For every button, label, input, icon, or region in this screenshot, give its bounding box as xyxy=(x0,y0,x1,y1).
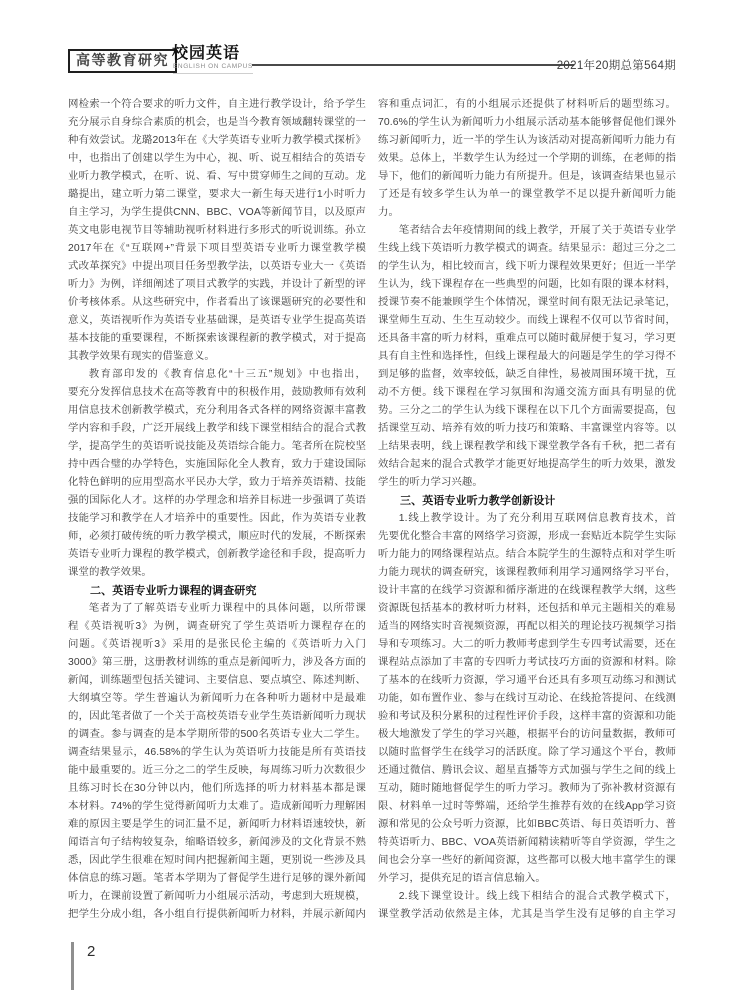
section-badge: 高等教育研究 xyxy=(68,49,177,73)
text-line: 式改革探究》中提出项目任务型教学法，以英语专业大一《英语 xyxy=(68,258,366,276)
text-line: 用信息技术创新教学模式，充分利用各式各样的网络资源丰富教 xyxy=(68,402,366,420)
section-heading: 三、英语专业听力教学创新设计 xyxy=(378,492,676,510)
text-line: 价考核体系。从这些研究中，作者看出了该课题研究的必要性和 xyxy=(68,294,366,312)
text-line: 的调查。参与调查的是本学期所带的500名英语专业大二学生。 xyxy=(68,726,366,744)
text-line: 持中西合璧的办学特色，实施国际化全人教育，致力于建设国际 xyxy=(68,456,366,474)
text-line: 把学生分成小组，各小组自行提供新闻听力材料，并展示新闻内 xyxy=(68,906,366,924)
text-line: 新闻，训练题型包括关键词、主要信息、要点填空、陈述判断、 xyxy=(68,672,366,690)
text-line: 学，提高学生的英语听说技能及英语综合能力。笔者所在院校坚 xyxy=(68,438,366,456)
text-line: 特英语听力、BBC、VOA英语新闻精读精听等自学资源，学生之 xyxy=(378,834,676,852)
text-line: 英文电影电视节目等辅助视听材料进行多形式的听说训练。孙立 xyxy=(68,222,366,240)
text-line: 本材料。74%的学生觉得新闻听力太难了。造成新闻听力理解困 xyxy=(68,798,366,816)
text-line: 璐提出，建立听力第二课堂，要求大一新生每天进行1小时听力 xyxy=(68,186,366,204)
text-line: 笔者结合去年疫情期间的线上教学，开展了关于英语专业学 xyxy=(378,222,676,240)
text-line: 括课堂互动、培养有效的听力技巧和策略、丰富课堂内容等。以 xyxy=(378,420,676,438)
text-line: 具有自主性和选择性，但线上课程最大的问题是学生的学习得不 xyxy=(378,348,676,366)
text-line: 了还是有较多学生认为单一的课堂教学不足以提升新闻听力能 xyxy=(378,186,676,204)
text-line: 生线上线下英语听力教学模式的调查。结果显示：超过三分之二 xyxy=(378,240,676,258)
text-line: 笔者为了了解英语专业听力课程中的具体问题，以所带课 xyxy=(68,600,366,618)
text-line: 学内容和手段，广泛开展线上教学和线下课堂相结合的混合式教 xyxy=(68,420,366,438)
text-line: 听力，在课前设置了新闻听力小组展示活动，考虑到大班规模， xyxy=(68,888,366,906)
text-line: 动不方便。线下课程在学习氛围和沟通交流方面具有明显的优 xyxy=(378,384,676,402)
text-line: 2017年在《“互联网+”背景下项目型英语专业听力课堂教学模 xyxy=(68,240,366,258)
text-line: 2.线下课堂设计。线上线下相结合的混合式教学模式下， xyxy=(378,888,676,906)
text-line: 容和重点词汇，有的小组展示还提供了材料听后的题型练习。 xyxy=(378,96,676,114)
text-line: 能中最重要的。近三分之二的学生反映，每周练习听力次数很少 xyxy=(68,762,366,780)
text-line: 基本技能的重要课程，不断探索该课程新的教学模式，对于提高 xyxy=(68,330,366,348)
text-line: 课程站点添加了丰富的专四听力考试技巧方面的资源和材料。除 xyxy=(378,654,676,672)
text-line: 学生的听力学习兴趣。 xyxy=(378,474,676,492)
text-line: 力能力现状的调查研究，该课程教师利用学习通网络学习平台， xyxy=(378,564,676,582)
text-line: 技能学习和教学在人才培养中的重要性。因此，作为英语专业教 xyxy=(68,510,366,528)
text-line: 先要优化整合丰富的网络学习资源，形成一套贴近本院学生实际 xyxy=(378,528,676,546)
text-line: 设计丰富的在线学习资源和循序渐进的在线课程教学大纲，这些 xyxy=(378,582,676,600)
text-line: 听力能力的网络课程站点。结合本院学生的生源特点和对学生听 xyxy=(378,546,676,564)
text-line: 悉，因此学生很难在短时间内把握新闻主题，更别说一些涉及具 xyxy=(68,852,366,870)
text-line: 势。三分之二的学生认为线下课程在以下几个方面需要提高，包 xyxy=(378,402,676,420)
text-line: 效结合起来的混合式教学才能更好地提高学生的听力效果，激发 xyxy=(378,456,676,474)
text-line: 中，也指出了创建以学生为中心，视、听、说互相结合的英语专 xyxy=(68,150,366,168)
text-line: 且练习时长在30分钟以内，他们所选择的听力材料基本都是课 xyxy=(68,780,366,798)
text-line: 调查结果显示，46.58%的学生认为英语听力技能是所有英语技 xyxy=(68,744,366,762)
text-line: 效果。总体上，半数学生认为经过一个学期的训练，在老师的指 xyxy=(378,150,676,168)
text-line: 力。 xyxy=(378,204,676,222)
text-line: 资源既包括基本的教材听力材料，还包括和单元主题相关的难易 xyxy=(378,600,676,618)
text-line: 课堂教学活动依然是主体，尤其是当学生没有足够的自主学习 xyxy=(378,906,676,924)
text-line: 导和专项练习。大二的听力教师考虑到学生专四考试需要，还在 xyxy=(378,636,676,654)
text-line: 闻语言句子结构较复杂，缩略语较多，新闻涉及的文化背景不熟 xyxy=(68,834,366,852)
text-line: 难的原因主要是学生的词汇量不足，新闻听力材料语速较快，新 xyxy=(68,816,366,834)
text-line: 以随时监督学生在线学习的活跃度。除了学习通这个平台，教师 xyxy=(378,744,676,762)
text-line: 程《英语视听3》为例，调查研究了学生英语听力课程存在的 xyxy=(68,618,366,636)
text-line: 体信息的练习题。笔者本学期为了督促学生进行足够的课外新闻 xyxy=(68,870,366,888)
text-line: 3000》第三册，这册教材训练的重点是新闻听力，涉及各方面的 xyxy=(68,654,366,672)
text-line: 充分展示自身综合素质的机会，也是当今教育领域翻转课堂的一 xyxy=(68,114,366,132)
section-heading: 二、英语专业听力课程的调查研究 xyxy=(68,582,366,600)
text-line: 限、材料单一过时等弊端，还给学生推荐有效的在线App学习资 xyxy=(378,798,676,816)
text-line: 间也会分享一些好的新闻资源，这些都可以极大地丰富学生的课 xyxy=(378,852,676,870)
text-line: 1.线上教学设计。为了充分利用互联网信息教育技术，首 xyxy=(378,510,676,528)
journal-subtitle: ENGLISH ON CAMPUS xyxy=(173,63,253,74)
text-line: 教育部印发的《教育信息化“十三五”规划》中也指出， xyxy=(68,366,366,384)
left-column: 网检索一个符合要求的听力文件，自主进行教学设计，给予学生充分展示自身综合素质的机… xyxy=(68,96,366,924)
article-body: 网检索一个符合要求的听力文件，自主进行教学设计，给予学生充分展示自身综合素质的机… xyxy=(68,96,676,924)
text-line: 大纲填空等。学生普遍认为新闻听力在各种听力题材中是最难 xyxy=(68,690,366,708)
text-line: 了基本的在线听力资源，学习通平台还具有多项互动练习和测试 xyxy=(378,672,676,690)
text-line: 网检索一个符合要求的听力文件，自主进行教学设计，给予学生 xyxy=(68,96,366,114)
page-number: 2 xyxy=(87,943,95,960)
text-line: 互动，随时随地督促学生的听力学习。教师为了弥补教材资源有 xyxy=(378,780,676,798)
text-line: 业听力教学模式，在听、说、看、写中贯穿师生之间的互动。龙 xyxy=(68,168,366,186)
text-line: 意义，英语视听作为英语专业基础课，是英语专业学生提高英语 xyxy=(68,312,366,330)
text-line: 源和常见的公众号听力资源，比如BBC英语、每日英语听力、普 xyxy=(378,816,676,834)
right-column: 容和重点词汇，有的小组展示还提供了材料听后的题型练习。70.6%的学生认为新闻听… xyxy=(378,96,676,924)
text-line: 师，必须打破传统的听力教学模式，顺应时代的发展，不断探索 xyxy=(68,528,366,546)
text-line: 练习新闻听力，近一半的学生认为该活动对提高新闻听力能力有 xyxy=(378,132,676,150)
text-line: 上结果表明，线上课程教学和线下课堂教学各有千秋，把二者有 xyxy=(378,438,676,456)
text-line: 还具备丰富的听力材料，重难点可以随时截屏便于复习，学习更 xyxy=(378,330,676,348)
text-line: 极大地激发了学生的学习兴趣，根据平台的访问量数据，教师可 xyxy=(378,726,676,744)
text-line: 其教学效果有现实的借鉴意义。 xyxy=(68,348,366,366)
text-line: 验和考试及积分累积的过程性评价手段，这样丰富的资源和功能 xyxy=(378,708,676,726)
text-line: 化特色鲜明的应用型高水平民办大学，致力于培养英语精、技能 xyxy=(68,474,366,492)
text-line: 问题。《英语视听3》采用的是张民伦主编的《英语听力入门 xyxy=(68,636,366,654)
text-line: 种有效尝试。龙璐2013年在《大学英语专业听力教学模式探析》 xyxy=(68,132,366,150)
text-line: 强的国际化人才。这样的办学理念和培养目标进一步强调了英语 xyxy=(68,492,366,510)
text-line: 要充分发挥信息技术在高等教育中的积极作用，鼓励教师有效利 xyxy=(68,384,366,402)
text-line: 的，因此笔者做了一个关于高校英语专业学生英语新闻听力现状 xyxy=(68,708,366,726)
text-line: 英语专业听力课程的教学模式，创新教学途径和手段，提高听力 xyxy=(68,546,366,564)
text-line: 听力》为例，详细阐述了项目式教学的实践，并设计了新型的评 xyxy=(68,276,366,294)
text-line: 外学习，提供充足的语言信息输入。 xyxy=(378,870,676,888)
text-line: 到足够的监督，效率较低，缺乏自律性，易被周围环境干扰，互 xyxy=(378,366,676,384)
page-number-bar xyxy=(71,942,74,990)
header-rule xyxy=(252,64,574,66)
text-line: 适当的网络实时音视频资源，再配以相关的理论技巧视频学习指 xyxy=(378,618,676,636)
text-line: 生认为，线下课程存在一些典型的问题，比如有限的课本材料， xyxy=(378,276,676,294)
text-line: 功能，如布置作业、参与在线讨互动论、在线抢答提问、在线测 xyxy=(378,690,676,708)
journal-title: 校园英语 xyxy=(172,45,240,62)
journal-page: 高等教育研究 校园英语 ENGLISH ON CAMPUS 2021年20期总第… xyxy=(0,0,740,998)
text-line: 课堂的教学效果。 xyxy=(68,564,366,582)
text-line: 自主学习，为学生提供CNN、BBC、VOA等新闻节目，以及原声 xyxy=(68,204,366,222)
text-line: 的学生认为，相比较而言，线下听力课程效果更好；但近一半学 xyxy=(378,258,676,276)
text-line: 70.6%的学生认为新闻听力小组展示活动基本能够督促他们课外 xyxy=(378,114,676,132)
text-line: 导下，他们的新闻听力能力有所提升。但是，该调查结果也显示 xyxy=(378,168,676,186)
text-line: 还通过微信、腾讯会议、超星直播等方式加强与学生之间的线上 xyxy=(378,762,676,780)
text-line: 课堂师生互动、生生互动较少。而线上课程不仅可以节省时间， xyxy=(378,312,676,330)
text-line: 授课节奏不能兼顾学生个体情况，课堂时间有限无法记录笔记， xyxy=(378,294,676,312)
issue-info: 2021年20期总第564期 xyxy=(557,57,676,73)
